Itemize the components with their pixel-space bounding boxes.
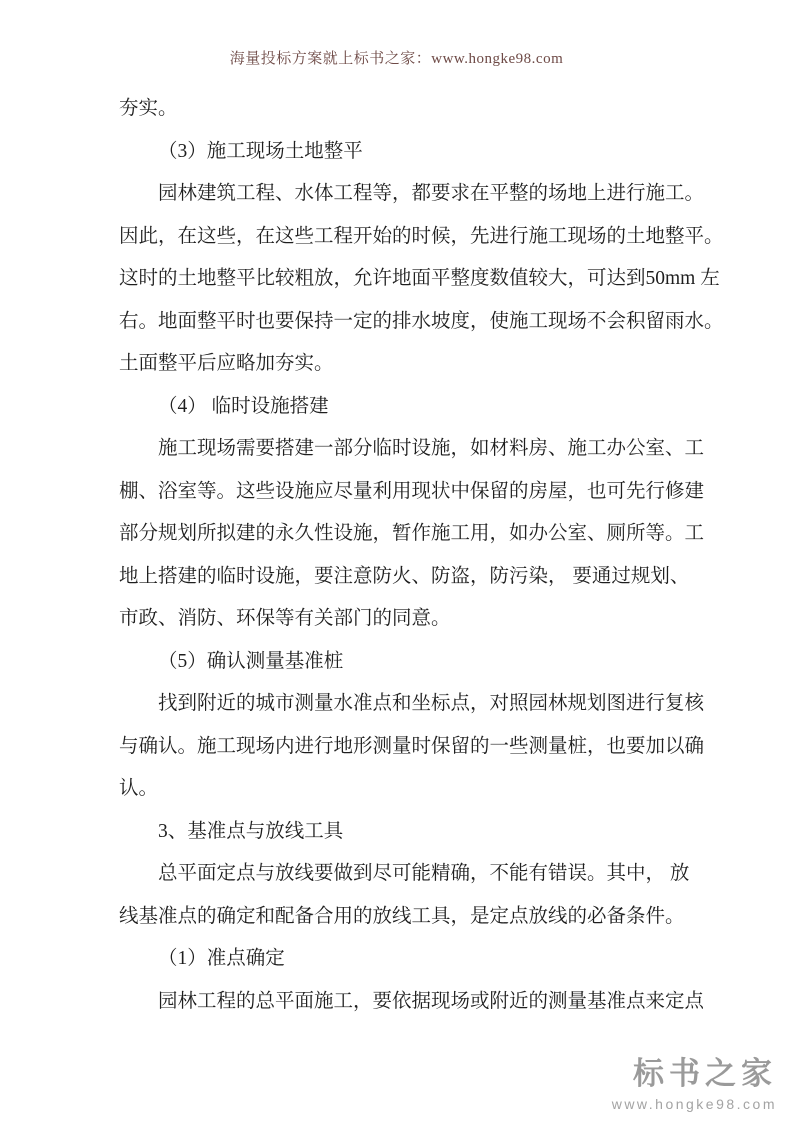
text-line: 认。 — [119, 768, 729, 811]
text-line: 因此，在这些，在这些工程开始的时候，先进行施工现场的土地整平。 — [119, 216, 729, 259]
text-line: 园林工程的总平面施工，要依据现场或附近的测量基准点来定点 — [119, 981, 729, 1024]
text-line: （5）确认测量基准桩 — [119, 641, 729, 684]
text-line: 棚、浴室等。这些设施应尽量利用现状中保留的房屋，也可先行修建 — [119, 471, 729, 514]
text-line: （4） 临时设施搭建 — [119, 386, 729, 429]
text-line: 施工现场需要搭建一部分临时设施，如材料房、施工办公室、工 — [119, 428, 729, 471]
text-line: 部分规划所拟建的永久性设施，暂作施工用，如办公室、厕所等。工 — [119, 513, 729, 556]
text-line: 总平面定点与放线要做到尽可能精确，不能有错误。其中， 放 — [119, 853, 729, 896]
document-page: 海量投标方案就上标书之家：www.hongke98.com 夯实。（3）施工现场… — [0, 0, 793, 1122]
document-body: 夯实。（3）施工现场土地整平园林建筑工程、水体工程等，都要求在平整的场地上进行施… — [119, 88, 729, 1023]
header-watermark-text: 海量投标方案就上标书之家：www.hongke98.com — [230, 51, 564, 67]
text-line: （1）准点确定 — [119, 938, 729, 981]
text-line: 土面整平后应略加夯实。 — [119, 343, 729, 386]
text-line: （3）施工现场土地整平 — [119, 131, 729, 174]
watermark-logo-text: 标书之家 — [612, 1048, 777, 1093]
text-line: 园林建筑工程、水体工程等，都要求在平整的场地上进行施工。 — [119, 173, 729, 216]
text-line: 夯实。 — [119, 88, 729, 131]
footer-watermark: 标书之家 www.hongke98.com — [612, 1048, 777, 1112]
text-line: 右。地面整平时也要保持一定的排水坡度，使施工现场不会积留雨水。 — [119, 301, 729, 344]
text-line: 找到附近的城市测量水准点和坐标点，对照园林规划图进行复核 — [119, 683, 729, 726]
watermark-url: www.hongke98.com — [612, 1096, 777, 1112]
text-line: 3、基准点与放线工具 — [119, 811, 729, 854]
text-line: 这时的土地整平比较粗放，允许地面平整度数值较大，可达到50mm 左 — [119, 258, 729, 301]
text-line: 线基准点的确定和配备合用的放线工具，是定点放线的必备条件。 — [119, 896, 729, 939]
text-line: 与确认。施工现场内进行地形测量时保留的一些测量桩，也要加以确 — [119, 726, 729, 769]
text-line: 地上搭建的临时设施，要注意防火、防盗，防污染， 要通过规划、 — [119, 556, 729, 599]
text-line: 市政、消防、环保等有关部门的同意。 — [119, 598, 729, 641]
page-header: 海量投标方案就上标书之家：www.hongke98.com — [0, 47, 793, 68]
